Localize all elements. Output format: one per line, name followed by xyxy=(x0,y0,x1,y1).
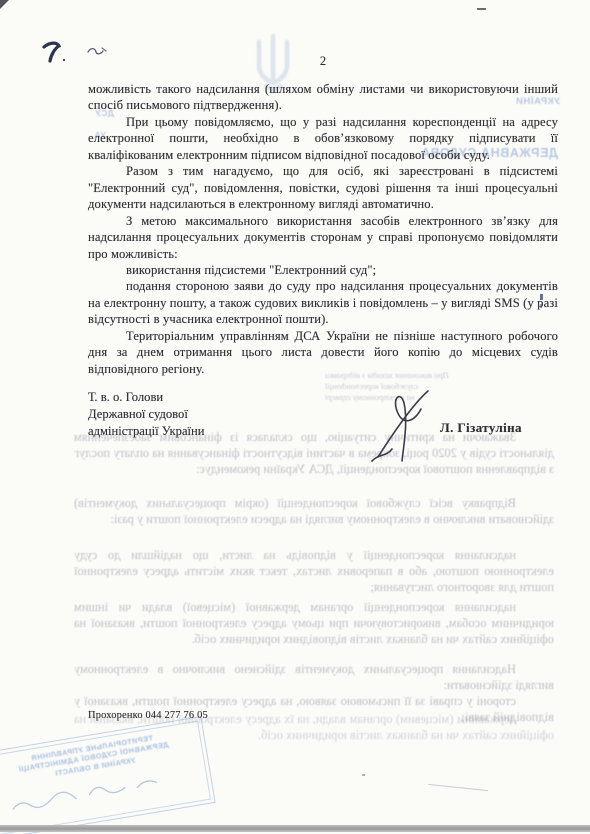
signer-title-line: адміністрації України xyxy=(88,423,205,440)
signer-name: Л. Гізатуліна xyxy=(440,420,522,436)
executor-contact: Прохоренко 044 277 76 05 xyxy=(88,710,208,721)
body-paragraph: можливість такого надсилання (шляхом обм… xyxy=(88,81,558,114)
signer-title-line: Т. в. о. Голови xyxy=(88,389,205,406)
pen-annotation-mark xyxy=(36,38,114,68)
body-paragraph: Разом з тим нагадуємо, що для осіб, які … xyxy=(88,163,558,212)
bleed-through-text: Відправку всієї службової кореспонденції… xyxy=(74,496,554,528)
bleed-through-text: Надсилання процесуальних документів здій… xyxy=(74,662,554,694)
scan-edge-band xyxy=(0,825,590,832)
signer-title: Т. в. о. ГоловиДержавної судовоїадмініст… xyxy=(88,389,205,439)
body-paragraph: При цьому повідомляємо, що у разі надсил… xyxy=(88,114,558,163)
scanned-letter-page: { "page": { "number": "2" }, "colors": {… xyxy=(0,0,590,834)
handwritten-signature xyxy=(368,387,432,463)
body-paragraph: використання підсистеми "Електронний суд… xyxy=(88,262,558,278)
bleed-through-text: надсилання кореспонденції органам держав… xyxy=(74,600,554,647)
ink-speck xyxy=(540,304,542,308)
bleed-through-text: надсилання кореспонденції у відповідь на… xyxy=(74,548,554,595)
signer-title-line: Державної судової xyxy=(88,406,205,423)
ink-speck xyxy=(540,294,543,300)
ink-speck xyxy=(362,774,365,776)
scan-corner-artifact xyxy=(0,0,9,9)
body-paragraph: подання стороною заяви до суду про надси… xyxy=(88,278,558,327)
body-paragraph: Територіальним управлінням ДСА України н… xyxy=(88,328,558,377)
letter-body: можливість такого надсилання (шляхом обм… xyxy=(88,81,558,377)
body-paragraph: З метою максимального використання засоб… xyxy=(88,213,558,262)
page-number: 2 xyxy=(88,54,558,69)
scan-dash-artifact xyxy=(477,8,486,10)
